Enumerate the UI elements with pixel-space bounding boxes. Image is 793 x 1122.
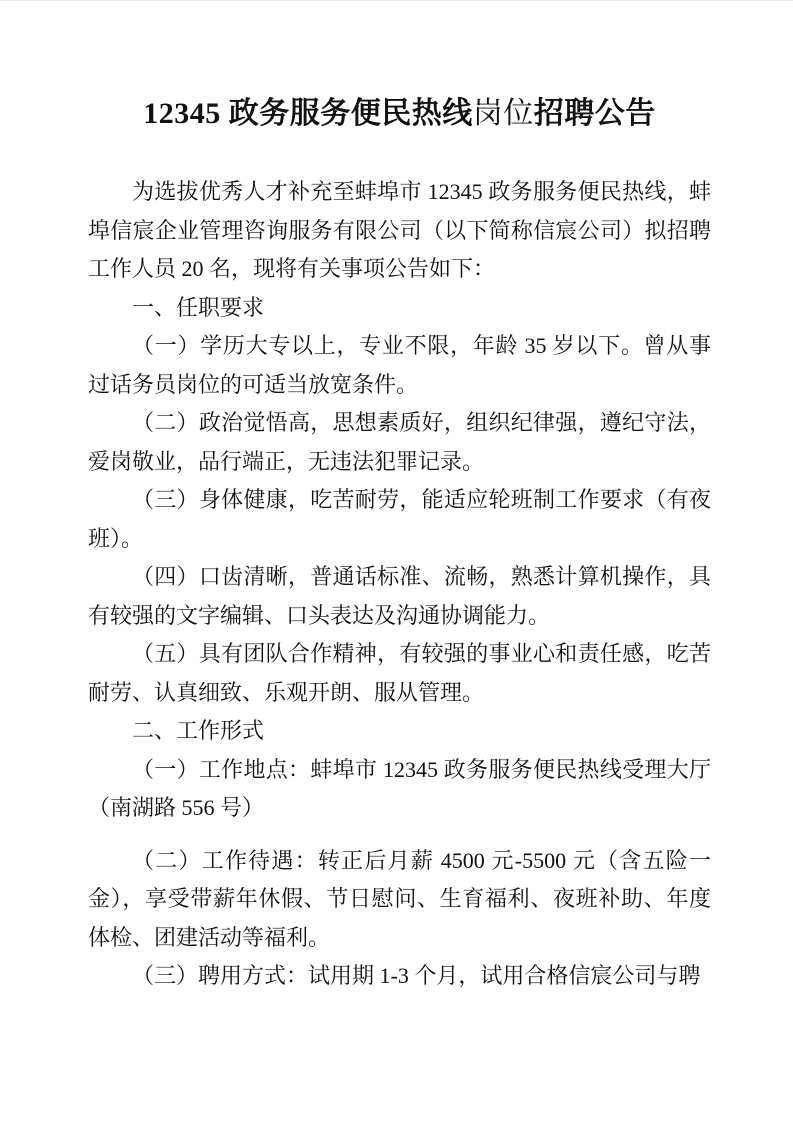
paragraph-6: （四）口齿清晰，普通话标准、流畅，熟悉计算机操作，具有较强的文字编辑、口头表达及… — [88, 558, 711, 635]
title-part-2: 岗位 — [473, 97, 534, 130]
paragraph-3: （一）学历大专以上，专业不限，年龄 35 岁以下。曾从事过话务员岗位的可适当放宽… — [88, 327, 711, 404]
paragraph-5: （三）身体健康，吃苦耐劳，能适应轮班制工作要求（有夜班）。 — [88, 481, 711, 558]
paragraph-7: （五）具有团队合作精神，有较强的事业心和责任感，吃苦耐劳、认真细致、乐观开朗、服… — [88, 635, 711, 712]
document-body: 为选拔优秀人才补充至蚌埠市 12345 政务服务便民热线，蚌埠信宸企业管理咨询服… — [88, 173, 711, 996]
paragraph-8: 二、工作形式 — [88, 712, 711, 751]
paragraph-10: （二）工作待遇：转正后月薪 4500 元-5500 元（含五险一金），享受带薪年… — [88, 842, 711, 958]
paragraph-9: （一）工作地点：蚌埠市 12345 政务服务便民热线受理大厅（南湖路 556 号… — [88, 751, 711, 828]
paragraph-2: 一、任职要求 — [88, 289, 711, 328]
paragraph-1: 为选拔优秀人才补充至蚌埠市 12345 政务服务便民热线，蚌埠信宸企业管理咨询服… — [88, 173, 711, 289]
title-part-3: 招聘公告 — [534, 97, 656, 130]
document-page: 12345 政务服务便民热线岗位招聘公告 为选拔优秀人才补充至蚌埠市 12345… — [0, 0, 793, 1122]
page-title: 12345 政务服务便民热线岗位招聘公告 — [88, 91, 711, 137]
paragraph-4: （二）政治觉悟高，思想素质好，组织纪律强，遵纪守法，爱岗敬业，品行端正，无违法犯… — [88, 404, 711, 481]
paragraph-11: （三）聘用方式：试用期 1-3 个月，试用合格信宸公司与聘 — [88, 957, 711, 996]
title-part-1: 12345 政务服务便民热线 — [143, 97, 473, 130]
